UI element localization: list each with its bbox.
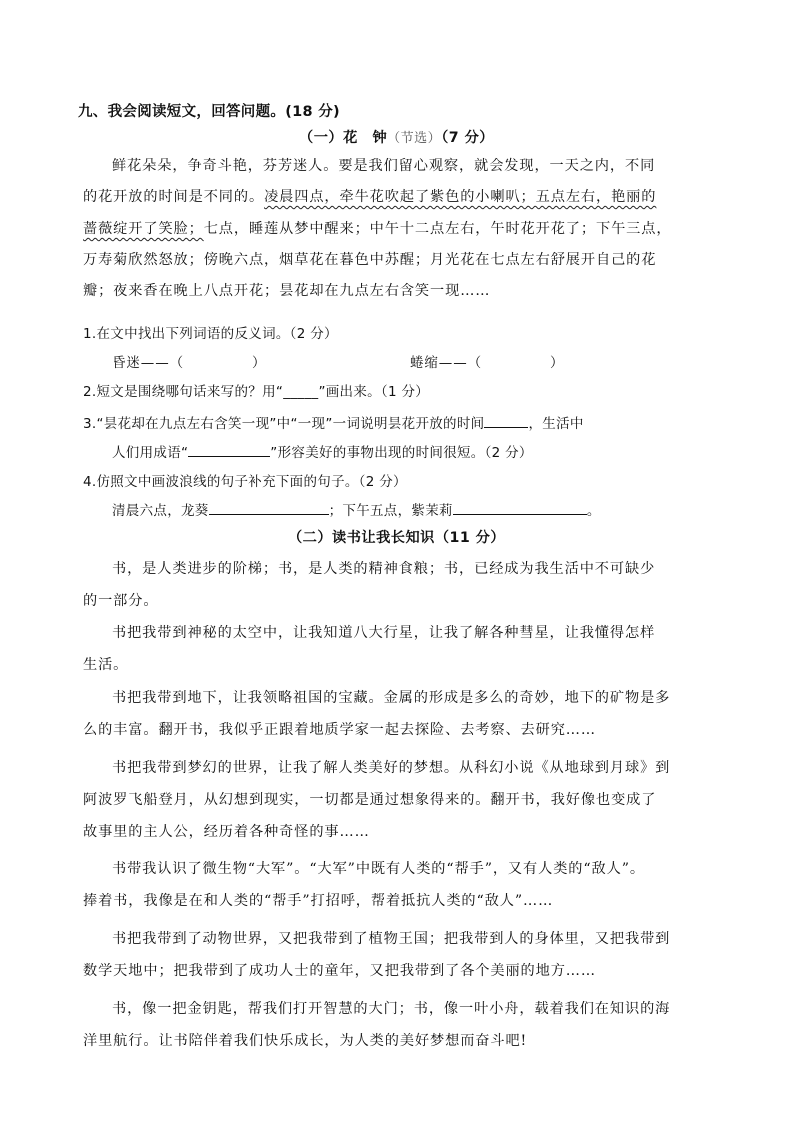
passage-line: 蔷薇绽开了笑脸；七点，睡莲从梦中醒来；中午十二点左右，午时花开花了；下午三点，: [83, 218, 671, 238]
passage-line: 生活。: [83, 654, 128, 674]
question-3: 3.“昙花却在九点左右含笑一现”中“一现”一词说明昙花开放的时间，生活中: [83, 412, 584, 432]
passage-text: 的花开放的时间是不同的。: [83, 189, 264, 205]
question-4-line: 清晨六点，龙葵；下午五点，紫茉莉。: [112, 499, 601, 519]
passage-line: 书把我带到梦幻的世界，让我了解人类美好的梦想。从科幻小说《从地球到月球》到: [112, 757, 670, 777]
question-1-item-b: 蜷缩——（）: [410, 351, 564, 371]
question-3-text: 人们用成语“: [112, 445, 188, 461]
question-1: 1.在文中找出下列词语的反义词。（2 分）: [83, 322, 338, 342]
answer-blank[interactable]: [453, 500, 587, 515]
part1-heading-main: （一）花 钟: [299, 130, 387, 146]
question-3-text: ”形容美好的事物出现的时间很短。（2 分）: [270, 445, 532, 461]
part1-heading: （一）花 钟（节选）（7 分）: [0, 127, 793, 147]
answer-blank[interactable]: [209, 500, 329, 515]
passage-line: 鲜花朵朵，争奇斗艳，芬芳迷人。要是我们留心观察，就会发现，一天之内，不同: [112, 155, 655, 175]
passage-line: 书把我带到地下，让我领略祖国的宝藏。金属的形成是多么的奇妙，地下的矿物是多: [112, 687, 670, 707]
question-2-text: ”画出来。（1 分）: [318, 384, 429, 400]
question-1-word-b: 蜷缩——（: [410, 355, 482, 371]
passage-line: 书带我认识了微生物“大军”。“大军”中既有人类的“帮手”，又有人类的“敌人”。: [112, 858, 645, 878]
passage-line: 数学天地中；把我带到了成功人士的童年，又把我带到了各个美丽的地方……: [83, 960, 596, 980]
passage-line: 的花开放的时间是不同的。凌晨四点，牵牛花吹起了紫色的小喇叭；五点左右，艳丽的: [83, 186, 656, 206]
wavy-underlined-sentence: 蔷薇绽开了笑脸；: [83, 221, 204, 237]
question-4-text: 清晨六点，龙葵: [112, 503, 209, 519]
paren-close: ）: [550, 355, 564, 371]
passage-text: 七点，睡莲从梦中醒来；中午十二点左右，午时花开花了；下午三点，: [204, 221, 672, 237]
question-3-text: 3.“昙花却在九点左右含笑一现”中“一现”一词说明昙花开放的时间: [83, 416, 484, 432]
passage-line: 捧着书，我像是在和人类的“帮手”打招呼，帮着抵抗人类的“敌人”……: [83, 890, 553, 910]
question-3-line2: 人们用成语“”形容美好的事物出现的时间很短。（2 分）: [112, 441, 533, 461]
passage-line: 书把我带到神秘的太空中，让我知道八大行星，让我了解各种彗星，让我懂得怎样: [112, 622, 655, 642]
answer-blank[interactable]: [484, 413, 528, 428]
question-2: 2.短文是围绕哪句话来写的？用“_____”画出来。（1 分）: [83, 380, 429, 400]
question-3-text: ，生活中: [528, 416, 583, 432]
question-4: 4.仿照文中画波浪线的句子补充下面的句子。（2 分）: [83, 470, 407, 490]
passage-line: 书，像一把金钥匙，帮我们打开智慧的大门；书，像一叶小舟，载着我们在知识的海: [112, 998, 670, 1018]
paren-close: ）: [252, 355, 266, 371]
passage-line: 洋里航行。让书陪伴着我们快乐成长，为人类的美好梦想而奋斗吧!: [83, 1030, 527, 1050]
part2-heading: （二）读书让我长知识（11 分）: [0, 527, 793, 547]
question-1-word-a: 昏迷——（: [112, 355, 184, 371]
question-4-text: 。: [587, 503, 601, 519]
underline-mark: _____: [283, 384, 318, 400]
passage-line: 阿波罗飞船登月，从幻想到现实，一切都是通过想象得来的。翻开书，我好像也变成了: [83, 789, 656, 809]
wavy-underlined-sentence: 凌晨四点，牵牛花吹起了紫色的小喇叭；五点左右，艳丽的: [264, 189, 656, 205]
passage-line: 瓣；夜来香在晚上八点开花；昙花却在九点左右含笑一现……: [83, 280, 490, 300]
part1-heading-score: （7 分）: [441, 130, 494, 146]
passage-line: 书，是人类进步的阶梯；书，是人类的精神食粮；书，已经成为我生活中不可缺少: [112, 558, 655, 578]
passage-line: 故事里的主人公，经历着各种奇怪的事……: [83, 821, 370, 841]
passage-line: 书把我带到了动物世界，又把我带到了植物王国；把我带到人的身体里，又把我带到: [112, 928, 670, 948]
idiom-answer-blank[interactable]: [188, 442, 270, 457]
question-1-item-a: 昏迷——（）: [112, 351, 266, 371]
passage-line: 的一部分。: [83, 590, 158, 610]
part1-heading-note: （节选）: [387, 131, 441, 146]
passage-line: 么的丰富。翻开书，我似乎正跟着地质学家一起去探险、去考察、去研究……: [83, 719, 596, 739]
question-4-text: ；下午五点，紫茉莉: [329, 503, 453, 519]
passage-line: 万寿菊欣然怒放；傍晚六点，烟草花在暮色中苏醒；月光花在七点左右舒展开自己的花: [83, 249, 656, 269]
question-2-text: 2.短文是围绕哪句话来写的？用“: [83, 384, 283, 400]
section-title: 九、我会阅读短文，回答问题。(18 分): [78, 100, 340, 121]
